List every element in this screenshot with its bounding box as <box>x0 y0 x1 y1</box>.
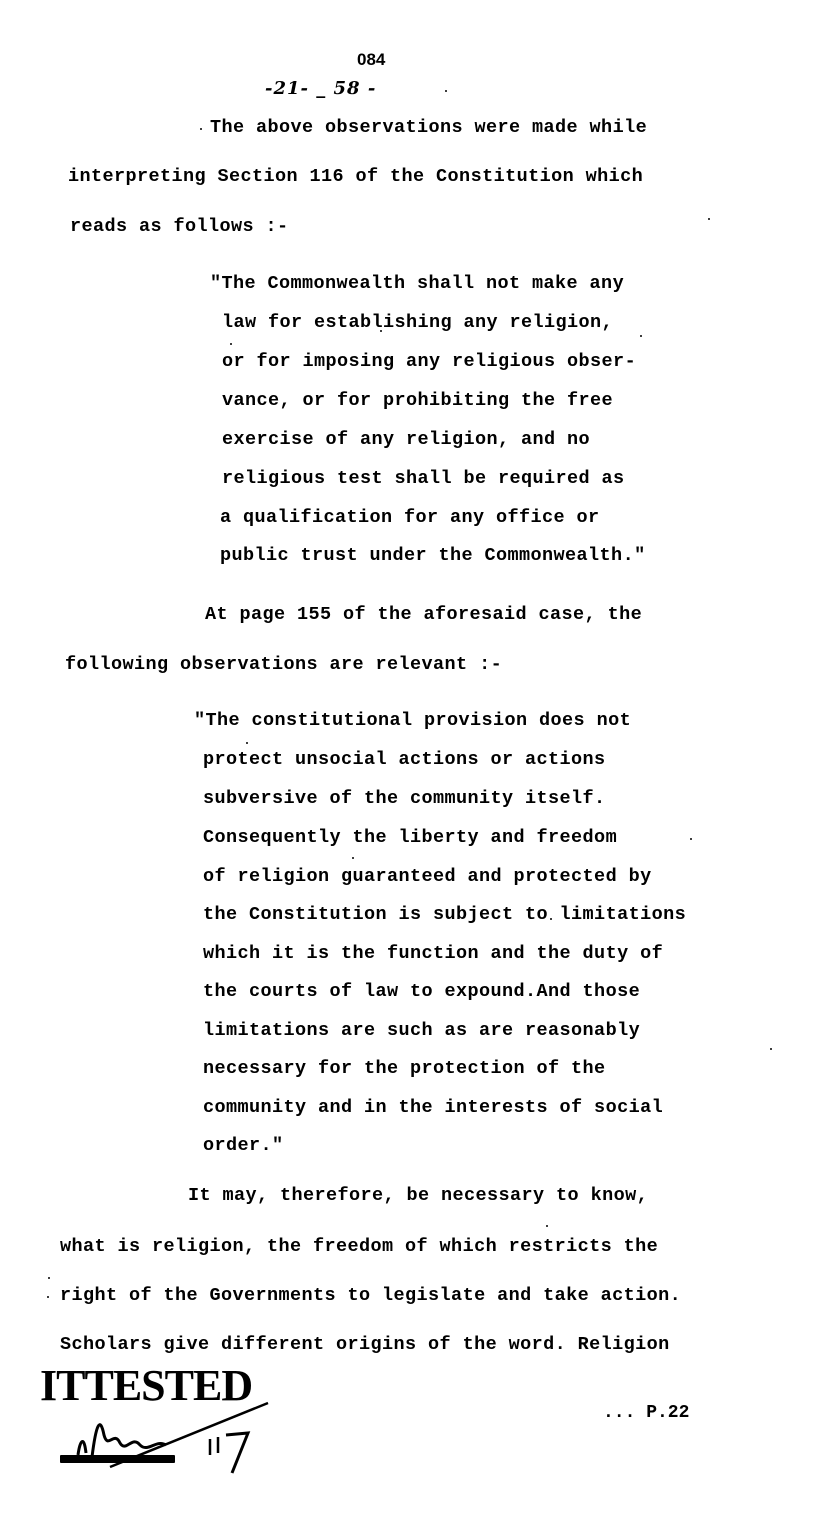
quoted-text-line: or for imposing any religious obser- <box>222 351 636 373</box>
quoted-text-line: community and in the interests of social <box>203 1097 663 1119</box>
scan-speck <box>546 1225 548 1227</box>
scan-speck <box>352 857 354 859</box>
quoted-text-line: "The constitutional provision does not <box>194 710 631 732</box>
page-number: 084 <box>357 50 385 70</box>
quoted-text-line: "The Commonwealth shall not make any <box>210 273 624 295</box>
scan-speck <box>200 128 202 130</box>
body-text-line: what is religion, the freedom of which r… <box>60 1236 658 1258</box>
quoted-text-line: protect unsocial actions or actions <box>203 749 606 771</box>
quoted-text-line: the Constitution is subject to limitatio… <box>203 904 686 926</box>
scan-speck <box>47 1296 49 1298</box>
scan-speck <box>690 838 692 840</box>
scan-speck <box>445 90 447 92</box>
quoted-text-line: exercise of any religion, and no <box>222 429 590 451</box>
scan-speck <box>48 1277 50 1279</box>
body-text-line: following observations are relevant :- <box>65 654 502 676</box>
signature-icon <box>70 1395 280 1475</box>
document-page: 084 -21- _ 58 - The above observations w… <box>0 0 840 1540</box>
scan-speck <box>640 335 642 337</box>
body-text-line: Scholars give different origins of the w… <box>60 1334 670 1356</box>
quoted-text-line: necessary for the protection of the <box>203 1058 606 1080</box>
scan-speck <box>708 218 710 220</box>
handwritten-page-reference: -21- _ 58 - <box>265 78 376 99</box>
scan-speck <box>230 343 232 345</box>
quoted-text-line: which it is the function and the duty of <box>203 943 663 965</box>
scan-speck <box>380 330 382 332</box>
quoted-text-line: of religion guaranteed and protected by <box>203 866 652 888</box>
quoted-text-line: limitations are such as are reasonably <box>203 1020 640 1042</box>
scan-speck <box>246 742 248 744</box>
quoted-text-line: subversive of the community itself. <box>203 788 606 810</box>
stamp-underline <box>60 1455 175 1463</box>
body-text-line: The above observations were made while <box>210 117 647 139</box>
quoted-text-line: law for establishing any religion, <box>222 312 613 334</box>
quoted-text-line: order." <box>203 1135 284 1157</box>
scan-speck <box>770 1048 772 1050</box>
quoted-text-line: the courts of law to expound.And those <box>203 981 640 1003</box>
quoted-text-line: religious test shall be required as <box>222 468 625 490</box>
scan-speck <box>550 918 552 920</box>
quoted-text-line: public trust under the Commonwealth." <box>220 545 646 567</box>
body-text-line: reads as follows :- <box>70 216 289 238</box>
quoted-text-line: a qualification for any office or <box>220 507 600 529</box>
body-text-line: At page 155 of the aforesaid case, the <box>205 604 642 626</box>
quoted-text-line: vance, or for prohibiting the free <box>222 390 613 412</box>
body-text-line: right of the Governments to legislate an… <box>60 1285 681 1307</box>
body-text-line: interpreting Section 116 of the Constitu… <box>68 166 643 188</box>
page-continuation-marker: ... P.22 <box>603 1403 689 1423</box>
body-text-line: It may, therefore, be necessary to know, <box>188 1185 648 1207</box>
quoted-text-line: Consequently the liberty and freedom <box>203 827 617 849</box>
